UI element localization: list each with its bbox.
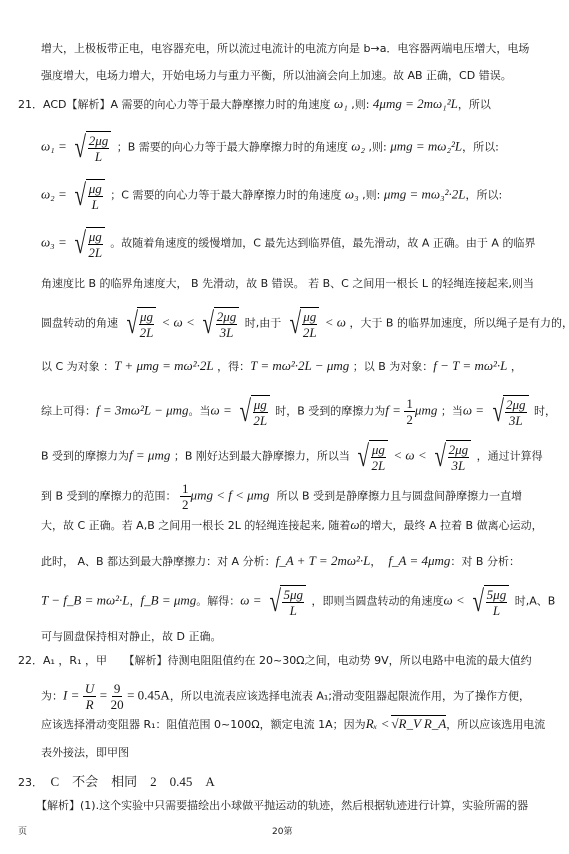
text-line: 以 C 为对象 ：T + μmg = mω²·2L ，得：T = mω²·2L … [41, 358, 522, 375]
numerator: 9 [112, 681, 123, 697]
numerator: μg [88, 181, 103, 197]
text-line: 大，故 C 正确。若 A,B 之间用一根长 2L 的轻绳连接起来, 随着ω的增大… [41, 517, 543, 534]
equation: μmg < f < μmg [191, 488, 270, 503]
fraction: 920 [111, 681, 124, 712]
question-number: 22． [18, 654, 43, 667]
text: 到 B 受到的摩擦力的范围： [41, 490, 177, 503]
numerator: μg [253, 397, 268, 413]
sqrt-icon: √ [473, 587, 485, 617]
inequality: < ω [325, 315, 346, 330]
equation: f − T = mω²·L [433, 358, 507, 373]
numerator: 5μg [282, 587, 304, 603]
inequality: < ω < [162, 315, 195, 330]
math-symbol: ω₂ [351, 139, 365, 154]
denominator: L [92, 197, 99, 212]
equation: μmg = mω₂²L [390, 139, 462, 154]
text: ， [370, 555, 381, 568]
text: 大，故 C 正确。若 A,B 之间用一根长 2L 的轻绳连接起来, 随着 [41, 519, 350, 532]
sqrt-fraction: √2μgL [72, 131, 111, 164]
equation: f = 3mω²L − μmg [96, 403, 189, 418]
sqrt-fraction: √2μg3L [490, 395, 529, 428]
equation-lhs: ω₂ = [41, 187, 67, 202]
sqrt-icon: √ [126, 309, 138, 339]
text: ，即则当圆盘转动的角速度 [312, 595, 444, 608]
sqrt-icon: √ [435, 442, 447, 472]
numerator: U [83, 681, 96, 697]
denominator: L [95, 149, 102, 164]
text: ，通过计算得 [477, 450, 543, 463]
equation: 4μmg = 2mω₁²L [373, 96, 458, 111]
equation: f = μmg [129, 448, 170, 463]
text: 的增大，最终 A 拉着 B 做离心运动， [360, 519, 543, 532]
sqrt-fraction: √μg2L [355, 440, 388, 473]
sqrt-fraction: √2μg3L [200, 307, 239, 340]
equation: = 0.45A [127, 688, 170, 703]
text-line: 表外接法，即甲图 [41, 745, 129, 761]
equation: f_A = 4μmg [388, 553, 450, 568]
sqrt-fraction: √μg2L [287, 307, 320, 340]
text: ；C 需要的向心力等于最大静摩擦力时的角速度 [110, 189, 341, 202]
text: ACD【解析】A 需要的向心力等于最大静摩擦力时的角速度 [43, 98, 331, 111]
equation: μmg = mω₃²·2L [384, 187, 466, 202]
sqrt-fraction: √μg2L [124, 307, 157, 340]
sqrt-fraction: √5μgL [470, 585, 509, 618]
text: ,则: [365, 141, 387, 154]
equation-lhs: ω = [211, 403, 232, 418]
equation-lhs: f = [385, 403, 401, 418]
text: ， [130, 595, 141, 608]
text: 所以 B 受到是静摩擦力且与圆盘间静摩擦力一直增 [277, 490, 523, 503]
text: 应该选择滑动变阻器 R₁：阻值范围 0~100Ω，额定电流 1A；因为 [41, 718, 366, 731]
denominator: R [86, 697, 94, 712]
text: ：对 B 分析： [450, 555, 520, 568]
text: ，所以 [458, 98, 491, 111]
equation: μmg [415, 403, 437, 418]
fraction: 12 [404, 396, 415, 427]
fraction: 12 [180, 481, 191, 512]
text: ，得： [217, 360, 250, 373]
text: 。当 [189, 405, 211, 418]
question-22-line: 22．A₁ ，R₁ ，甲 【解析】待测电阻阻值约在 20~30Ω之间，电动势 9… [18, 653, 532, 669]
numerator: μg [88, 229, 103, 245]
question-number: 21． [18, 98, 43, 111]
text-line: 应该选择滑动变阻器 R₁：阻值范围 0~100Ω，额定电流 1A；因为Rₓ <√… [41, 716, 545, 733]
denominator: 2L [88, 245, 102, 260]
text: 此时， A、B 都达到最大静摩擦力：对 A 分析： [41, 555, 276, 568]
text-line: T − f_B = mω²·L，f_B = μmg。解得：ω = √5μgL ，… [41, 585, 555, 618]
numerator: 5μg [486, 587, 508, 603]
question-21-line: 21．ACD【解析】A 需要的向心力等于最大静摩擦力时的角速度 ω₁ ,则: 4… [18, 96, 491, 113]
text-line: ω₃ = √μg2L 。故随着角速度的缓慢增加，C 最先达到临界值，最先滑动，故… [41, 227, 535, 260]
text: A₁ ，R₁ ，甲 【解析】待测电阻阻值约在 20~30Ω之间，电动势 9V，所… [43, 654, 532, 667]
text: ；B 需要的向心力等于最大静摩擦力时的角速度 [117, 141, 348, 154]
equation: T = mω²·2L − μmg [250, 358, 349, 373]
footer-left: 页 [18, 824, 27, 837]
answer-text: C 不会 相同 2 0.45 A [38, 774, 215, 789]
denominator: 2 [406, 412, 413, 427]
sqrt-icon: √ [492, 397, 504, 427]
equation-lhs: ω = [463, 403, 484, 418]
denominator: L [493, 603, 500, 618]
sqrt-icon: √ [75, 133, 87, 163]
math-symbol: ω₁ [334, 96, 348, 111]
text-line: ω₂ = √μgL ；C 需要的向心力等于最大静摩擦力时的角速度 ω₃ ,则: … [41, 179, 502, 212]
numerator: 1 [180, 481, 191, 497]
text-line: 综上可得：f = 3mω²L − μmg。当ω = √μg2L 时，B 受到的摩… [41, 395, 556, 428]
denominator: 3L [452, 458, 466, 473]
denominator: 3L [509, 413, 523, 428]
numerator: 2μg [216, 309, 238, 325]
equation: T − f_B = mω²·L [41, 593, 130, 608]
text: 圆盘转动的角速 [41, 317, 118, 330]
text-line: 角速度比 B 的临界角速度大， B 先滑动，故 B 错误。 若 B、C 之间用一… [41, 276, 534, 292]
text: 综上可得： [41, 405, 96, 418]
text: 时,A、B [515, 595, 556, 608]
text: 时,由于 [245, 317, 282, 330]
equation: f_B = μmg [141, 593, 197, 608]
text: ,则: [359, 189, 381, 202]
sqrt-expression: √R_V R_A [391, 715, 446, 731]
text: 。解得： [196, 595, 240, 608]
equation: T + μmg = mω²·2L [114, 358, 213, 373]
denominator: 3L [220, 325, 234, 340]
text-line: 为：I = UR = 920 = 0.45A，所以电流表应该选择电流表 A₁;滑… [41, 681, 530, 712]
numerator: μg [139, 309, 154, 325]
sqrt-fraction: √2μg3L [432, 440, 471, 473]
numerator: μg [371, 442, 386, 458]
text-line: 此时， A、B 都达到最大静摩擦力：对 A 分析：f_A + T = 2mω²·… [41, 553, 520, 570]
text: ，所以: [465, 189, 502, 202]
text-line: 增大，上极板带正电，电容器充电，所以流过电流计的电流方向是 b→a．电容器两端电… [41, 41, 529, 57]
text: ；B 刚好达到最大静摩擦力，所以当 [174, 450, 350, 463]
sqrt-icon: √ [75, 181, 87, 211]
sqrt-icon: √ [240, 397, 252, 427]
equation-lhs: ω < [444, 593, 465, 608]
text: B 受到的摩擦力为 [41, 450, 129, 463]
sqrt-fraction: √μg2L [72, 227, 105, 260]
denominator: 20 [111, 697, 124, 712]
denominator: 2L [303, 325, 317, 340]
sqrt-fraction: √μgL [72, 179, 105, 212]
text: 。故随着角速度的缓慢增加，C 最先达到临界值，最先滑动，故 A 正确。由于 A … [110, 237, 535, 250]
equation-lhs: I = [63, 688, 79, 703]
numerator: 2μg [448, 442, 470, 458]
denominator: L [290, 603, 297, 618]
text-line: ω₁ = √2μgL ；B 需要的向心力等于最大静摩擦力时的角速度 ω₂ ,则:… [41, 131, 499, 164]
text: ；以 B 为对象： [353, 360, 434, 373]
inequality: < ω < [393, 448, 426, 463]
sqrt-fraction: √μg2L [237, 395, 270, 428]
text: 时， [534, 405, 556, 418]
text: ,则: [348, 98, 370, 111]
equation-lhs: ω = [240, 593, 261, 608]
text: ，所以: [462, 141, 499, 154]
fraction: UR [83, 681, 96, 712]
sqrt-fraction: √5μgL [267, 585, 306, 618]
denominator: 2L [372, 458, 386, 473]
math-symbol: ω [350, 517, 359, 532]
text-line: 可与圆盘保持相对静止，故 D 正确。 [41, 629, 221, 645]
text-line: 强度增大，电场力增大，开始电场力与重力平衡，所以油滴会向上加速。故 AB 正确，… [41, 68, 512, 84]
question-number: 23． [18, 776, 38, 789]
equation-lhs: ω₃ = [41, 235, 67, 250]
equals: = [100, 688, 107, 703]
equation-lhs: ω₁ = [41, 139, 67, 154]
text: ；当 [441, 405, 463, 418]
denominator: 2 [182, 497, 189, 512]
numerator: 1 [404, 396, 415, 412]
denominator: 2L [140, 325, 154, 340]
text-line: 圆盘转动的角速 √μg2L < ω < √2μg3L 时,由于 √μg2L < … [41, 307, 569, 340]
denominator: 2L [253, 413, 267, 428]
text: 为： [41, 690, 63, 703]
text: ，所以应该选用电流 [446, 718, 545, 731]
equation: f_A + T = 2mω²·L [276, 553, 371, 568]
sqrt-icon: √ [269, 587, 281, 617]
radicand: R_V R_A [399, 716, 447, 731]
sqrt-icon: √ [75, 229, 87, 259]
equation: Rₓ < [366, 716, 390, 731]
text: ，大于 B 的临界加速度，所以绳子是有力的， [349, 317, 569, 330]
numerator: 2μg [88, 133, 110, 149]
sqrt-icon: √ [289, 309, 301, 339]
text: ，所以电流表应该选择电流表 A₁;滑动变阻器起限流作用，为了操作方便， [170, 690, 530, 703]
page-number: 20第 [272, 824, 292, 837]
numerator: 2μg [505, 397, 527, 413]
text-line: 到 B 受到的摩擦力的范围： 12μmg < f < μmg 所以 B 受到是静… [41, 481, 522, 512]
text: ， [511, 360, 522, 373]
sqrt-icon: √ [203, 309, 215, 339]
math-symbol: ω₃ [345, 187, 359, 202]
text-line: 【解析】(1).这个实验中只需要描绘出小球做平抛运动的轨迹，然后根据轨迹进行计算… [36, 798, 528, 814]
question-23-line: 23． C 不会 相同 2 0.45 A [18, 774, 215, 791]
text: 时，B 受到的摩擦力为 [275, 405, 385, 418]
numerator: μg [302, 309, 317, 325]
sqrt-icon: √ [358, 442, 370, 472]
text-line: B 受到的摩擦力为f = μmg ；B 刚好达到最大静摩擦力，所以当 √μg2L… [41, 440, 543, 473]
text: 以 C 为对象 ： [41, 360, 114, 373]
